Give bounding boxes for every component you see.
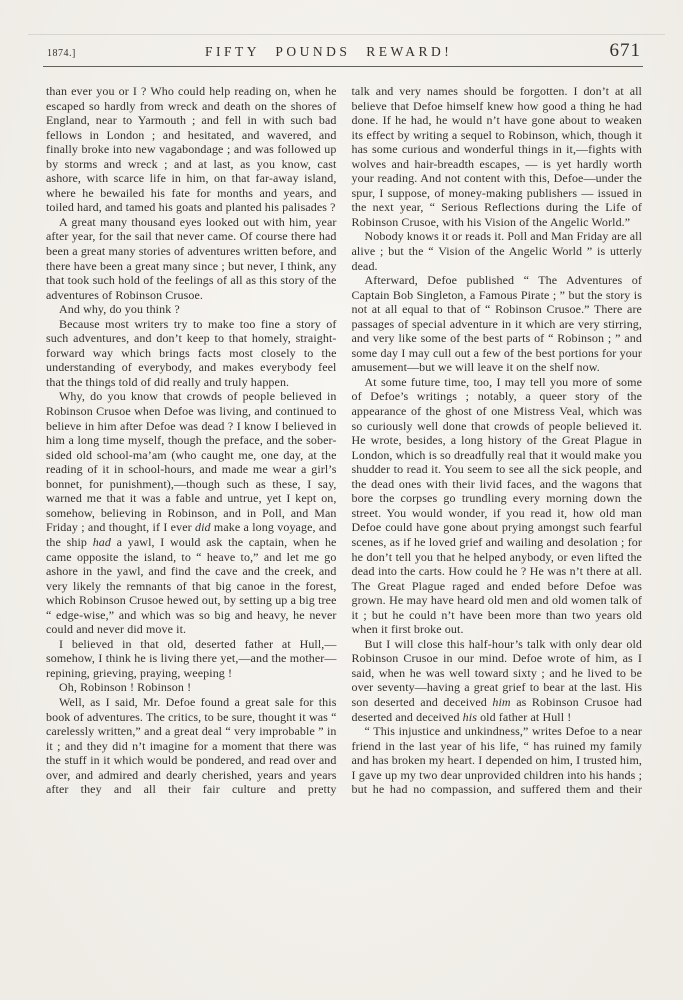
- running-title: FIFTY POUNDS REWARD!: [205, 44, 452, 60]
- left-column: than ever you or I ? Who could help read…: [46, 84, 337, 972]
- paragraph: Why, do you know that crowds of people b…: [46, 389, 337, 636]
- paragraph: I believed in that old, deserted father …: [46, 637, 337, 681]
- paragraph: Well, as I said, Mr. Defoe found a great…: [46, 695, 337, 797]
- paragraph: “ This injustice and unkindness,” writes…: [352, 724, 643, 797]
- paragraph: But I will close this half-hour’s talk w…: [352, 637, 643, 724]
- paragraph: Because most writers try to make too fin…: [46, 317, 337, 390]
- header-date: 1874.]: [47, 48, 76, 59]
- paragraph: Afterward, Defoe published “ The Adventu…: [352, 273, 643, 375]
- paragraph: A great many thousand eyes looked out wi…: [46, 215, 337, 302]
- paragraph: than ever you or I ? Who could help read…: [46, 84, 337, 215]
- paragraph: Oh, Robinson ! Robinson !: [46, 680, 337, 695]
- header-rule: [43, 66, 643, 67]
- scan-artifact-line: [28, 34, 665, 35]
- page-number: 671: [609, 40, 641, 62]
- paragraph: At some future time, too, I may tell you…: [352, 375, 643, 637]
- paragraph: Nobody knows it or reads it. Poll and Ma…: [352, 229, 643, 273]
- right-column: talk and very names should be forgotten.…: [352, 84, 643, 972]
- book-page-scan: 1874.] FIFTY POUNDS REWARD! 671 than eve…: [0, 0, 683, 1000]
- page-header: 1874.] FIFTY POUNDS REWARD! 671: [47, 40, 641, 62]
- paragraph: And why, do you think ?: [46, 302, 337, 317]
- paragraph: talk and very names should be forgotten.…: [352, 84, 643, 229]
- text-columns: than ever you or I ? Who could help read…: [46, 84, 642, 972]
